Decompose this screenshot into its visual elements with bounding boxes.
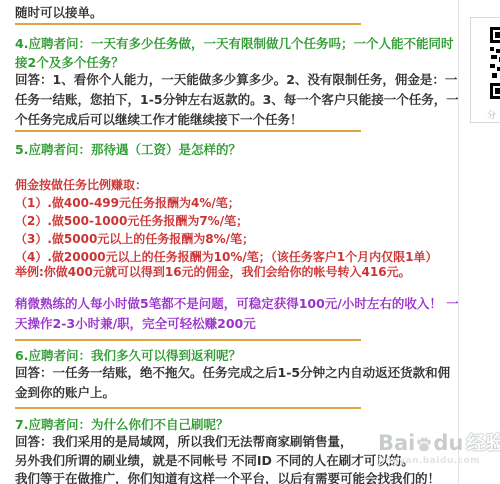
income-highlight: 稍微熟练的人每小时做5笔都不是问题，可稳定获得100元/小时左右的收入！ 一天操… bbox=[15, 294, 461, 334]
answer-7-line-1: 回答：我们采用的是局域网，所以我们无法帮商家刷销售量， bbox=[15, 432, 461, 452]
question-4: 4.应聘者问：一天有多少任务做，一天有限制做几个任务吗；一个人能不能同时接2个及… bbox=[15, 34, 461, 72]
commission-title: 佣金按做任务比例赚取： bbox=[15, 176, 461, 194]
section-divider bbox=[15, 23, 361, 25]
question-5: 5.应聘者问：那待遇（工资）是怎样的？ bbox=[15, 140, 461, 159]
section-divider bbox=[15, 130, 361, 132]
section-divider bbox=[15, 407, 361, 409]
qr-share-panel: 分 bbox=[470, 17, 500, 123]
content-right-border bbox=[458, 0, 459, 484]
commission-item-2: （2）.做500-1000元任务报酬为7%/笔； bbox=[15, 212, 461, 230]
commission-list: （1）.做400-499元任务报酬为4%/笔； （2）.做500-1000元任务… bbox=[15, 194, 461, 266]
commission-item-1: （1）.做400-499元任务报酬为4%/笔； bbox=[15, 194, 461, 212]
intro-text: 随时可以接单。 bbox=[15, 3, 461, 22]
answer-7-line-3: 我们等于在做推广，你们知道有这样一个平台，以后有需要可能会找我们的！ bbox=[15, 469, 461, 484]
commission-example: 举例:你做400元就可以得到16元的佣金，我们会给你的帐号转入416元。 bbox=[15, 263, 461, 281]
qr-code-icon bbox=[490, 27, 500, 101]
answer-6: 回答：一任务一结账，绝不拖欠。任务完成之后1-5分钟之内自动返还货款和佣金到你的… bbox=[15, 363, 461, 403]
section-divider bbox=[15, 339, 361, 341]
qr-caption-fragment: 分 bbox=[487, 108, 496, 121]
commission-item-3: （3）.做5000元以上的任务报酬为8%/笔； bbox=[15, 230, 461, 248]
answer-4: 回答：1、看你个人能力，一天能做多少算多少。2、没有限制任务，佣金是：一任务一结… bbox=[15, 70, 461, 130]
answer-7-line-2: 另外我们所谓的刷业绩，就是不同帐号 不同ID 不同的人在刷才可以的。 bbox=[15, 451, 461, 471]
article-page: 随时可以接单。 4.应聘者问：一天有多少任务做，一天有限制做几个任务吗；一个人能… bbox=[0, 0, 500, 484]
watermark-brand-cn: 经验 bbox=[466, 431, 500, 455]
